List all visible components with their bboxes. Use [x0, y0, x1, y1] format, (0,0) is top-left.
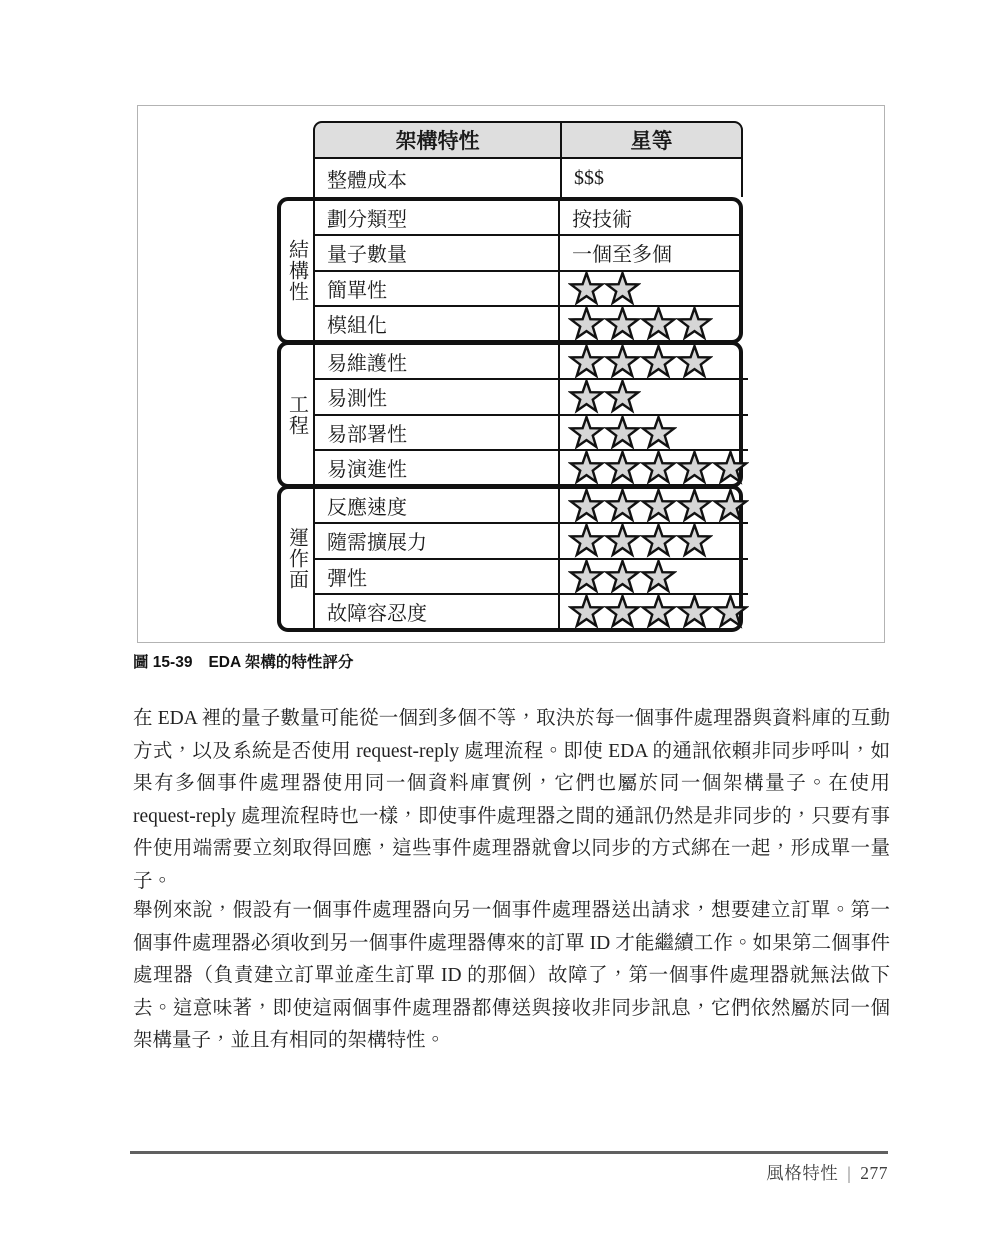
star-rating [558, 560, 748, 593]
star-icon [676, 449, 713, 486]
star-icon [640, 305, 677, 342]
star-rating [558, 451, 748, 484]
group-rows: 劃分類型按技術量子數量一個至多個簡單性模組化 [315, 201, 739, 340]
footer-separator: | [847, 1163, 851, 1183]
table-header-row: 架構特性 星等 [313, 121, 743, 159]
star-icon [712, 593, 749, 630]
group-rows: 反應速度隨需擴展力彈性故障容忍度 [315, 489, 748, 628]
book-page: 架構特性 星等 整體成本 $$$ 結構性劃分類型按技術量子數量一個至多個簡單性模… [0, 0, 1000, 1242]
row-label: 反應速度 [315, 489, 558, 522]
star-rating [558, 345, 748, 378]
star-icon [568, 378, 605, 415]
row-label: 隨需擴展力 [315, 524, 558, 557]
star-icon [604, 593, 641, 630]
figure-caption: 圖 15-39EDA 架構的特性評分 [133, 650, 353, 672]
star-icon [640, 522, 677, 559]
row-value: 一個至多個 [558, 236, 739, 269]
figure-title: EDA 架構的特性評分 [208, 654, 353, 671]
group-label: 結構性 [281, 201, 315, 340]
star-icon [604, 305, 641, 342]
star-icon [676, 593, 713, 630]
page-footer: 風格特性|277 [766, 1160, 888, 1185]
figure-frame: 架構特性 星等 整體成本 $$$ 結構性劃分類型按技術量子數量一個至多個簡單性模… [137, 105, 885, 643]
star-rating [558, 524, 748, 557]
star-icon [640, 558, 677, 595]
star-icon [640, 343, 677, 380]
row-label: 彈性 [315, 560, 558, 593]
ratings-table: 架構特性 星等 整體成本 $$$ 結構性劃分類型按技術量子數量一個至多個簡單性模… [277, 121, 743, 632]
star-icon [568, 449, 605, 486]
star-icon [568, 593, 605, 630]
star-icon [568, 414, 605, 451]
footer-rule [130, 1151, 888, 1154]
table-row: 反應速度 [315, 489, 748, 522]
table-groups: 結構性劃分類型按技術量子數量一個至多個簡單性模組化工程易維護性易測性易部署性易演… [277, 197, 743, 632]
star-icon [568, 487, 605, 524]
table-row: 隨需擴展力 [315, 522, 748, 557]
row-label: 簡單性 [315, 272, 558, 305]
group-label: 運作面 [281, 489, 315, 628]
row-label: 整體成本 [315, 159, 560, 197]
star-icon [604, 414, 641, 451]
star-icon [640, 449, 677, 486]
star-icon [568, 343, 605, 380]
table-row: 易演進性 [315, 449, 748, 484]
star-rating [558, 416, 748, 449]
group-label: 工程 [281, 345, 315, 484]
row-label: 量子數量 [315, 236, 558, 269]
star-icon [604, 343, 641, 380]
star-rating [558, 272, 739, 305]
star-icon [640, 487, 677, 524]
star-rating [558, 380, 748, 413]
table-row: 模組化 [315, 305, 739, 340]
table-row-overall-cost: 整體成本 $$$ [313, 159, 743, 197]
star-icon [676, 343, 713, 380]
body-paragraph-1: 在 EDA 裡的量子數量可能從一個到多個不等，取決於每一個事件處理器與資料庫的互… [133, 703, 890, 899]
row-label: 易測性 [315, 380, 558, 413]
star-icon [604, 522, 641, 559]
star-icon [568, 522, 605, 559]
header-rating: 星等 [560, 123, 741, 157]
star-icon [640, 414, 677, 451]
row-value: $$$ [560, 159, 741, 197]
star-icon [676, 305, 713, 342]
table-row: 故障容忍度 [315, 593, 748, 628]
table-group: 工程易維護性易測性易部署性易演進性 [277, 341, 743, 488]
table-row: 易測性 [315, 378, 748, 413]
star-icon [712, 449, 749, 486]
row-label: 易維護性 [315, 345, 558, 378]
table-group: 結構性劃分類型按技術量子數量一個至多個簡單性模組化 [277, 197, 743, 344]
table-row: 簡單性 [315, 270, 739, 305]
row-value: 按技術 [558, 201, 739, 234]
row-label: 模組化 [315, 307, 558, 340]
star-icon [676, 522, 713, 559]
table-group: 運作面反應速度隨需擴展力彈性故障容忍度 [277, 485, 743, 632]
footer-section-title: 風格特性 [766, 1163, 838, 1183]
group-rows: 易維護性易測性易部署性易演進性 [315, 345, 748, 484]
table-row: 易維護性 [315, 345, 748, 378]
table-row: 彈性 [315, 558, 748, 593]
header-characteristic: 架構特性 [315, 123, 560, 157]
row-label: 故障容忍度 [315, 595, 558, 628]
table-row: 量子數量一個至多個 [315, 234, 739, 269]
body-paragraph-2: 舉例來說，假設有一個事件處理器向另一個事件處理器送出請求，想要建立訂單。第一個事… [133, 895, 890, 1058]
star-icon [604, 270, 641, 307]
row-label: 劃分類型 [315, 201, 558, 234]
star-icon [604, 487, 641, 524]
table-row: 易部署性 [315, 414, 748, 449]
star-icon [640, 593, 677, 630]
star-rating [558, 489, 748, 522]
star-icon [568, 270, 605, 307]
star-icon [604, 378, 641, 415]
row-label: 易演進性 [315, 451, 558, 484]
star-rating [558, 595, 748, 628]
star-rating [558, 307, 739, 340]
figure-number: 圖 15-39 [133, 654, 192, 671]
star-icon [568, 305, 605, 342]
star-icon [712, 487, 749, 524]
star-icon [676, 487, 713, 524]
star-icon [604, 449, 641, 486]
star-icon [568, 558, 605, 595]
row-label: 易部署性 [315, 416, 558, 449]
star-icon [604, 558, 641, 595]
table-row: 劃分類型按技術 [315, 201, 739, 234]
footer-page-number: 277 [860, 1163, 888, 1183]
